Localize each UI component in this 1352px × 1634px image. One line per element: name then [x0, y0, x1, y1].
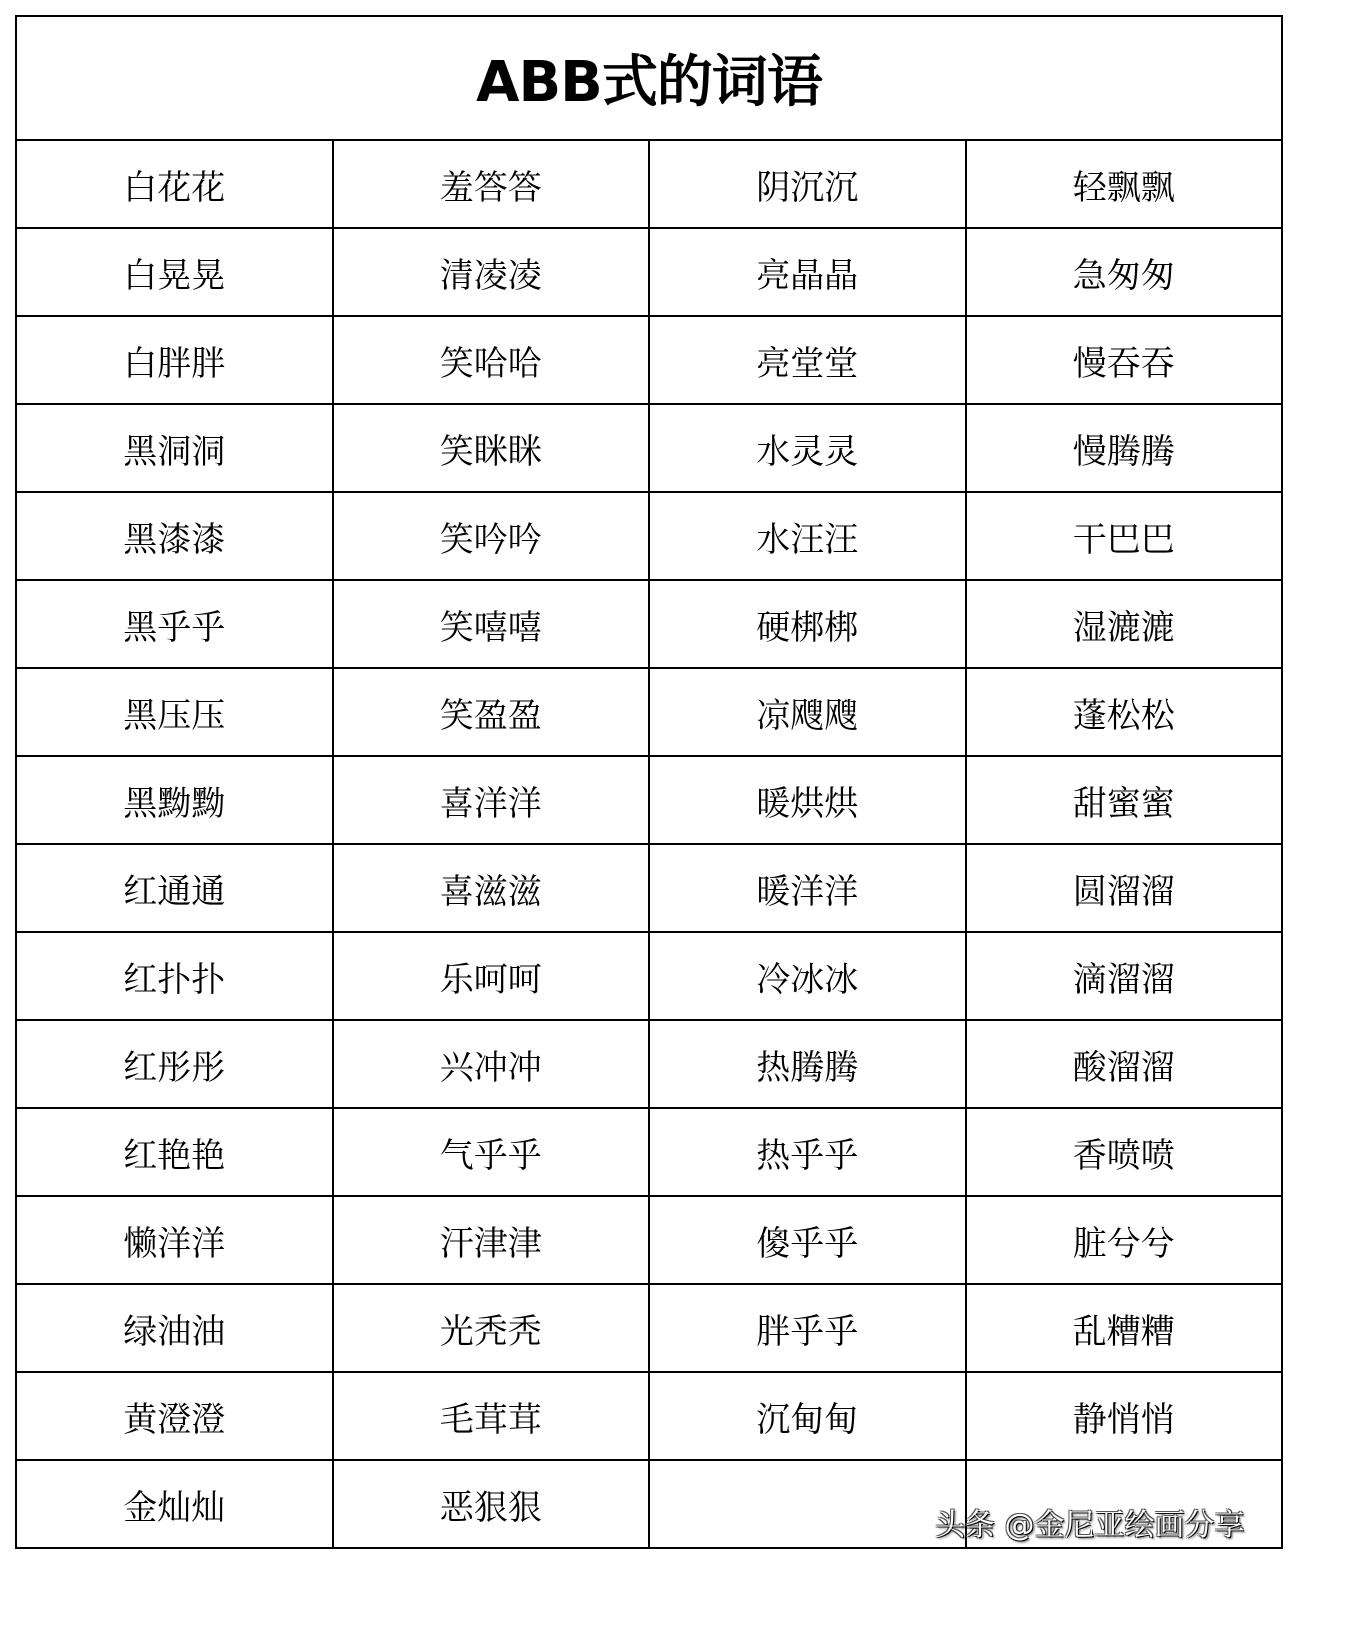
word-cell: 笑盈盈 — [333, 668, 650, 756]
word-cell: 阴沉沉 — [649, 140, 966, 228]
word-cell: 热乎乎 — [649, 1108, 966, 1196]
word-cell: 慢腾腾 — [966, 404, 1283, 492]
word-cell: 兴冲冲 — [333, 1020, 650, 1108]
word-cell: 黄澄澄 — [16, 1372, 333, 1460]
word-cell: 光秃秃 — [333, 1284, 650, 1372]
table-row: 白晃晃清凌凌亮晶晶急匆匆 — [16, 228, 1282, 316]
table-title: ABB式的词语 — [16, 16, 1282, 140]
word-cell: 喜滋滋 — [333, 844, 650, 932]
table-row: 红扑扑乐呵呵冷冰冰滴溜溜 — [16, 932, 1282, 1020]
word-cell: 黑黝黝 — [16, 756, 333, 844]
word-cell: 酸溜溜 — [966, 1020, 1283, 1108]
word-cell: 红艳艳 — [16, 1108, 333, 1196]
word-cell: 水汪汪 — [649, 492, 966, 580]
word-cell: 暖洋洋 — [649, 844, 966, 932]
word-cell: 轻飘飘 — [966, 140, 1283, 228]
word-cell: 笑吟吟 — [333, 492, 650, 580]
word-cell: 沉甸甸 — [649, 1372, 966, 1460]
word-cell: 亮晶晶 — [649, 228, 966, 316]
word-cell: 笑眯眯 — [333, 404, 650, 492]
table-row: 绿油油光秃秃胖乎乎乱糟糟 — [16, 1284, 1282, 1372]
word-cell: 毛茸茸 — [333, 1372, 650, 1460]
word-cell: 湿漉漉 — [966, 580, 1283, 668]
word-cell: 水灵灵 — [649, 404, 966, 492]
word-cell: 脏兮兮 — [966, 1196, 1283, 1284]
word-cell: 胖乎乎 — [649, 1284, 966, 1372]
word-cell: 圆溜溜 — [966, 844, 1283, 932]
word-cell: 暖烘烘 — [649, 756, 966, 844]
word-cell: 冷冰冰 — [649, 932, 966, 1020]
watermark: 头条 @金尼亚绘画分享 — [935, 1500, 1245, 1544]
word-table-sheet: ABB式的词语 白花花羞答答阴沉沉轻飘飘白晃晃清凌凌亮晶晶急匆匆白胖胖笑哈哈亮堂… — [15, 15, 1283, 1549]
word-cell: 气乎乎 — [333, 1108, 650, 1196]
word-cell: 清凌凌 — [333, 228, 650, 316]
word-cell: 白晃晃 — [16, 228, 333, 316]
word-cell: 亮堂堂 — [649, 316, 966, 404]
empty-cell — [649, 1460, 966, 1548]
word-cell: 傻乎乎 — [649, 1196, 966, 1284]
word-cell: 香喷喷 — [966, 1108, 1283, 1196]
table-row: 黑洞洞笑眯眯水灵灵慢腾腾 — [16, 404, 1282, 492]
word-cell: 笑哈哈 — [333, 316, 650, 404]
word-cell: 恶狠狠 — [333, 1460, 650, 1548]
word-cell: 蓬松松 — [966, 668, 1283, 756]
word-cell: 黑乎乎 — [16, 580, 333, 668]
word-cell: 黑漆漆 — [16, 492, 333, 580]
table-row: 黑压压笑盈盈凉飕飕蓬松松 — [16, 668, 1282, 756]
table-row: 黑漆漆笑吟吟水汪汪干巴巴 — [16, 492, 1282, 580]
table-body: 白花花羞答答阴沉沉轻飘飘白晃晃清凌凌亮晶晶急匆匆白胖胖笑哈哈亮堂堂慢吞吞黑洞洞笑… — [16, 140, 1282, 1548]
word-cell: 笑嘻嘻 — [333, 580, 650, 668]
word-cell: 羞答答 — [333, 140, 650, 228]
table-row: 白胖胖笑哈哈亮堂堂慢吞吞 — [16, 316, 1282, 404]
word-cell: 金灿灿 — [16, 1460, 333, 1548]
word-cell: 红扑扑 — [16, 932, 333, 1020]
table-row: 黄澄澄毛茸茸沉甸甸静悄悄 — [16, 1372, 1282, 1460]
word-cell: 热腾腾 — [649, 1020, 966, 1108]
word-cell: 急匆匆 — [966, 228, 1283, 316]
word-cell: 干巴巴 — [966, 492, 1283, 580]
word-cell: 乐呵呵 — [333, 932, 650, 1020]
table-row: 黑黝黝喜洋洋暖烘烘甜蜜蜜 — [16, 756, 1282, 844]
abb-words-table: ABB式的词语 白花花羞答答阴沉沉轻飘飘白晃晃清凌凌亮晶晶急匆匆白胖胖笑哈哈亮堂… — [15, 15, 1283, 1549]
word-cell: 硬梆梆 — [649, 580, 966, 668]
word-cell: 乱糟糟 — [966, 1284, 1283, 1372]
table-row: 黑乎乎笑嘻嘻硬梆梆湿漉漉 — [16, 580, 1282, 668]
title-row: ABB式的词语 — [16, 16, 1282, 140]
word-cell: 懒洋洋 — [16, 1196, 333, 1284]
word-cell: 慢吞吞 — [966, 316, 1283, 404]
word-cell: 汗津津 — [333, 1196, 650, 1284]
word-cell: 绿油油 — [16, 1284, 333, 1372]
word-cell: 红彤彤 — [16, 1020, 333, 1108]
word-cell: 喜洋洋 — [333, 756, 650, 844]
table-row: 红通通喜滋滋暖洋洋圆溜溜 — [16, 844, 1282, 932]
word-cell: 甜蜜蜜 — [966, 756, 1283, 844]
word-cell: 白花花 — [16, 140, 333, 228]
word-cell: 红通通 — [16, 844, 333, 932]
table-row: 红艳艳气乎乎热乎乎香喷喷 — [16, 1108, 1282, 1196]
table-row: 白花花羞答答阴沉沉轻飘飘 — [16, 140, 1282, 228]
table-row: 懒洋洋汗津津傻乎乎脏兮兮 — [16, 1196, 1282, 1284]
word-cell: 静悄悄 — [966, 1372, 1283, 1460]
word-cell: 白胖胖 — [16, 316, 333, 404]
word-cell: 黑压压 — [16, 668, 333, 756]
word-cell: 滴溜溜 — [966, 932, 1283, 1020]
word-cell: 凉飕飕 — [649, 668, 966, 756]
word-cell: 黑洞洞 — [16, 404, 333, 492]
table-row: 红彤彤兴冲冲热腾腾酸溜溜 — [16, 1020, 1282, 1108]
